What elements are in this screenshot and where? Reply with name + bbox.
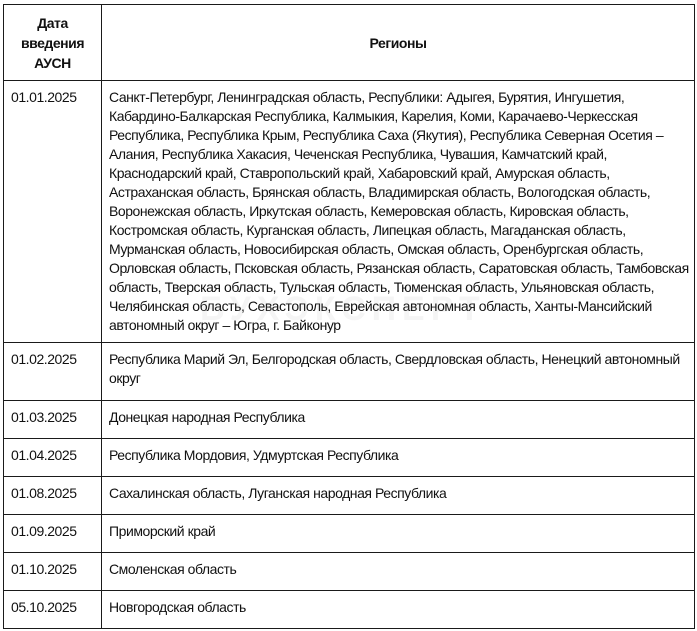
row-regions: Республика Марий Эл, Белгородская област… [102, 343, 695, 401]
row-date: 01.10.2025 [4, 553, 102, 591]
table-row: 01.01.2025 Санкт-Петербург, Ленинградска… [4, 81, 695, 343]
row-regions: Новгородская область [102, 591, 695, 629]
table-row: 01.04.2025 Республика Мордовия, Удмуртск… [4, 439, 695, 477]
header-regions: Регионы [102, 5, 695, 81]
row-date: 01.01.2025 [4, 81, 102, 343]
row-regions: Сахалинская область, Луганская народная … [102, 477, 695, 515]
ausn-regions-table-container: Дата введения АУСН Регионы 01.01.2025 Са… [3, 4, 695, 629]
row-date: 01.09.2025 [4, 515, 102, 553]
ausn-regions-table: Дата введения АУСН Регионы 01.01.2025 Са… [3, 4, 695, 629]
table-row: 01.10.2025 Смоленская область [4, 553, 695, 591]
table-row: 01.08.2025 Сахалинская область, Луганска… [4, 477, 695, 515]
row-regions: Санкт-Петербург, Ленинградская область, … [102, 81, 695, 343]
table-row: 01.03.2025 Донецкая народная Республика [4, 401, 695, 439]
table-row: 01.02.2025 Республика Марий Эл, Белгород… [4, 343, 695, 401]
row-date: 01.08.2025 [4, 477, 102, 515]
row-date: 01.02.2025 [4, 343, 102, 401]
table-row: 01.09.2025 Приморский край [4, 515, 695, 553]
table-row: 05.10.2025 Новгородская область [4, 591, 695, 629]
row-regions: Смоленская область [102, 553, 695, 591]
row-regions: Республика Мордовия, Удмуртская Республи… [102, 439, 695, 477]
table-header-row: Дата введения АУСН Регионы [4, 5, 695, 81]
row-date: 05.10.2025 [4, 591, 102, 629]
row-date: 01.04.2025 [4, 439, 102, 477]
row-regions: Донецкая народная Республика [102, 401, 695, 439]
row-regions: Приморский край [102, 515, 695, 553]
row-date: 01.03.2025 [4, 401, 102, 439]
header-date: Дата введения АУСН [4, 5, 102, 81]
